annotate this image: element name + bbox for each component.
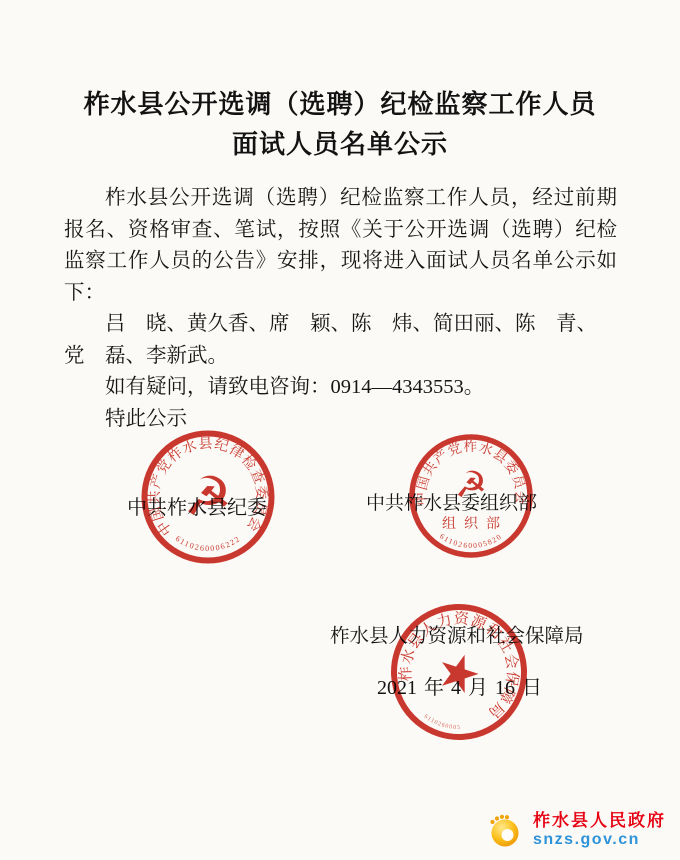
gov-site-watermark: 柞水县人民政府 snzs.gov.cn: [486, 810, 666, 850]
intro-paragraph: 柞水县公开选调（选聘）纪检监察工作人员，经过前期报名、资格审查、笔试，按照《关于…: [64, 183, 617, 309]
candidate-names: 吕 晓、黄久香、席 颖、陈 炜、简田丽、陈 青、 党 磊、李新武。: [64, 309, 617, 372]
seal2-code: 6110260005820: [438, 532, 504, 550]
names-line-1: 吕 晓、黄久香、席 颖、陈 炜、简田丽、陈 青、: [105, 313, 597, 335]
seal-zuzhibu-stamp: 中国共产党柞水县委员会 ☭ 组织部 6110260005820: [406, 431, 536, 561]
seal1-code: 6110260006222: [174, 534, 243, 553]
title-line-2: 面试人员名单公示: [0, 124, 680, 164]
seal2-department-text: 组织部: [442, 516, 508, 532]
hammer-sickle-icon: ☭: [184, 465, 232, 528]
title-line-1: 柞水县公开选调（选聘）纪检监察工作人员: [0, 84, 680, 124]
page-title: 柞水县公开选调（选聘）纪检监察工作人员 面试人员名单公示: [0, 84, 680, 164]
hammer-sickle-icon: ☭: [455, 465, 487, 506]
star-icon: ★: [428, 638, 489, 707]
names-line-2: 党 磊、李新武。: [64, 345, 228, 367]
seal-jiwei-stamp: 中国共产党柞水县纪律检查委员会 ☭ 6110260006222: [138, 427, 278, 567]
document-body: 柞水县公开选调（选聘）纪检监察工作人员，经过前期报名、资格审查、笔试，按照《关于…: [64, 183, 617, 435]
gov-site-domain: snzs.gov.cn: [533, 831, 666, 849]
gov-foot-icon: [486, 810, 524, 850]
contact-line: 如有疑问，请致电咨询：0914—4343553。: [64, 372, 617, 404]
announcement-document: 柞水县公开选调（选聘）纪检监察工作人员 面试人员名单公示 柞水县公开选调（选聘）…: [0, 0, 680, 860]
seal-renshe-stamp: 柞水县人力资源和社会保障局 ★ 6110260005: [370, 583, 549, 762]
gov-site-name: 柞水县人民政府: [533, 811, 666, 831]
